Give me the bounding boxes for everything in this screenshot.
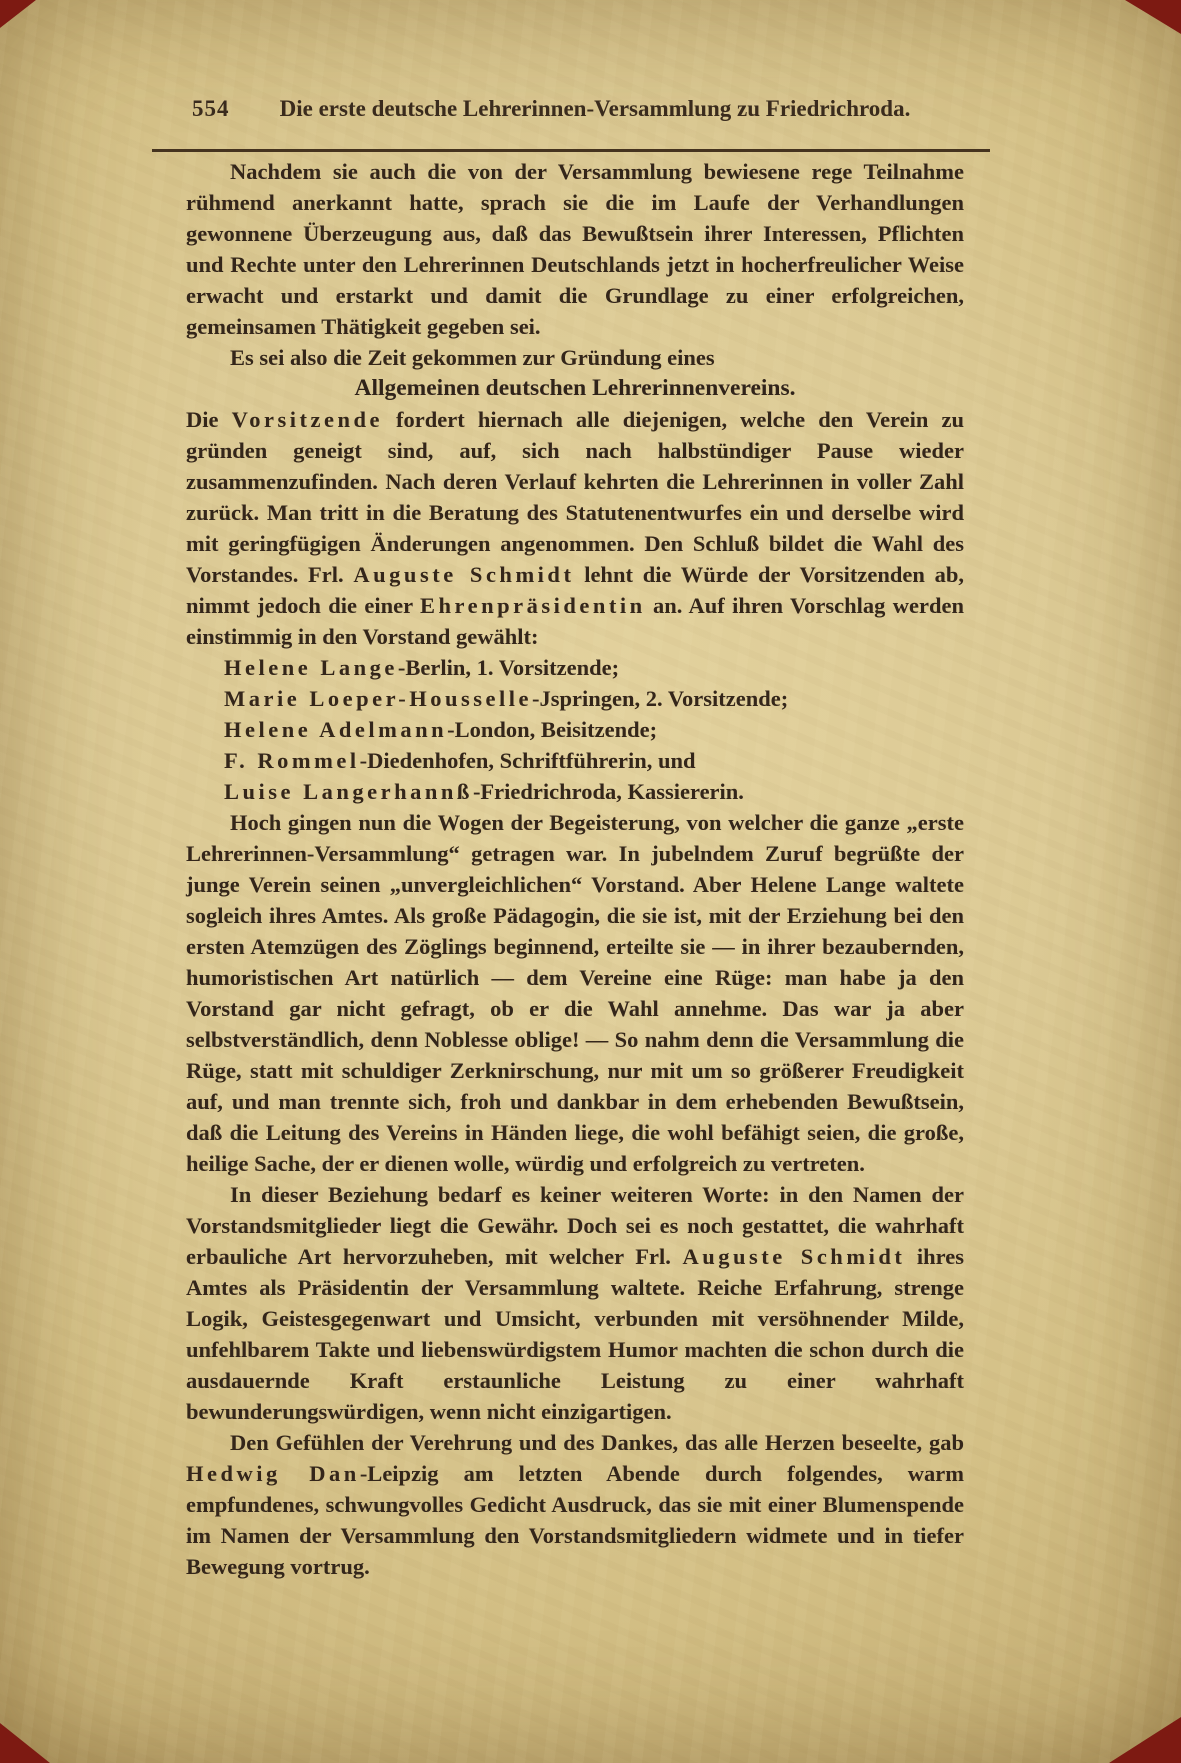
board-member-name: Marie Loeper-Housselle: [224, 686, 532, 711]
header-rule: [152, 149, 990, 152]
spaced-name-hedwig-dan: Hedwig Dan: [186, 1461, 360, 1486]
paragraph-4-text: Hoch gingen nun die Wogen der Begeisteru…: [186, 810, 964, 1176]
book-page: 554 Die erste deutsche Lehrerinnen-Versa…: [0, 0, 1181, 1763]
paragraph-6-text: Den Gefühlen der Verehrung und des Danke…: [230, 1430, 964, 1455]
paragraph-2: Es sei also die Zeit gekommen zur Gründu…: [186, 342, 964, 373]
board-member-name: F. Rommel: [224, 748, 360, 773]
paragraph-3-text: fordert hiernach alle diejenigen, welche…: [186, 407, 964, 587]
section-heading: Allgemeinen deutschen Lehrerinnenvereins…: [186, 373, 964, 404]
spaced-name-auguste-schmidt: Auguste Schmidt: [353, 562, 574, 587]
list-item: Marie Loeper-Housselle-Jspringen, 2. Vor…: [224, 683, 964, 714]
board-member-role: -Jspringen, 2. Vorsitzende;: [532, 686, 788, 711]
board-member-name: Helene Adelmann: [224, 717, 447, 742]
paragraph-1-text: Nachdem sie auch die von der Versammlung…: [186, 159, 964, 339]
list-item: Helene Adelmann-London, Beisitzende;: [224, 714, 964, 745]
paragraph-6: Den Gefühlen der Verehrung und des Danke…: [186, 1427, 964, 1582]
paragraph-5-text: ihres Amtes als Präsidentin der Versamml…: [186, 1244, 964, 1424]
board-member-name: Luise Langerhannß: [224, 779, 473, 804]
list-item: Luise Langerhannß-Friedrichroda, Kassier…: [224, 776, 964, 807]
paragraph-3: Die Vorsitzende fordert hiernach alle di…: [186, 404, 964, 652]
board-member-role: -London, Beisitzende;: [447, 717, 657, 742]
list-item: Helene Lange-Berlin, 1. Vorsitzende;: [224, 652, 964, 683]
spaced-name-auguste-schmidt: Auguste Schmidt: [682, 1244, 905, 1269]
list-item: F. Rommel-Diedenhofen, Schriftführerin, …: [224, 745, 964, 776]
running-title: Die erste deutsche Lehrerinnen-Versammlu…: [186, 96, 964, 122]
board-member-role: -Diedenhofen, Schriftführerin, und: [360, 748, 696, 773]
paragraph-2-text: Es sei also die Zeit gekommen zur Gründu…: [230, 345, 715, 370]
running-head: 554 Die erste deutsche Lehrerinnen-Versa…: [186, 96, 964, 122]
paragraph-5: In dieser Beziehung bedarf es keiner wei…: [186, 1179, 964, 1427]
paragraph-3-text: Die: [186, 407, 232, 432]
board-member-list: Helene Lange-Berlin, 1. Vorsitzende; Mar…: [186, 652, 964, 807]
paragraph-4: Hoch gingen nun die Wogen der Begeisteru…: [186, 807, 964, 1179]
board-member-name: Helene Lange: [224, 655, 398, 680]
page-number: 554: [192, 96, 230, 122]
board-member-role: -Berlin, 1. Vorsitzende;: [398, 655, 619, 680]
page-text: Nachdem sie auch die von der Versammlung…: [186, 156, 964, 1582]
board-member-role: -Friedrichroda, Kassiererin.: [473, 779, 744, 804]
spaced-name-ehrenpraesidentin: Ehrenpräsidentin: [420, 593, 646, 618]
paragraph-1: Nachdem sie auch die von der Versammlung…: [186, 156, 964, 342]
spaced-name-vorsitzende: Vorsitzende: [232, 407, 383, 432]
